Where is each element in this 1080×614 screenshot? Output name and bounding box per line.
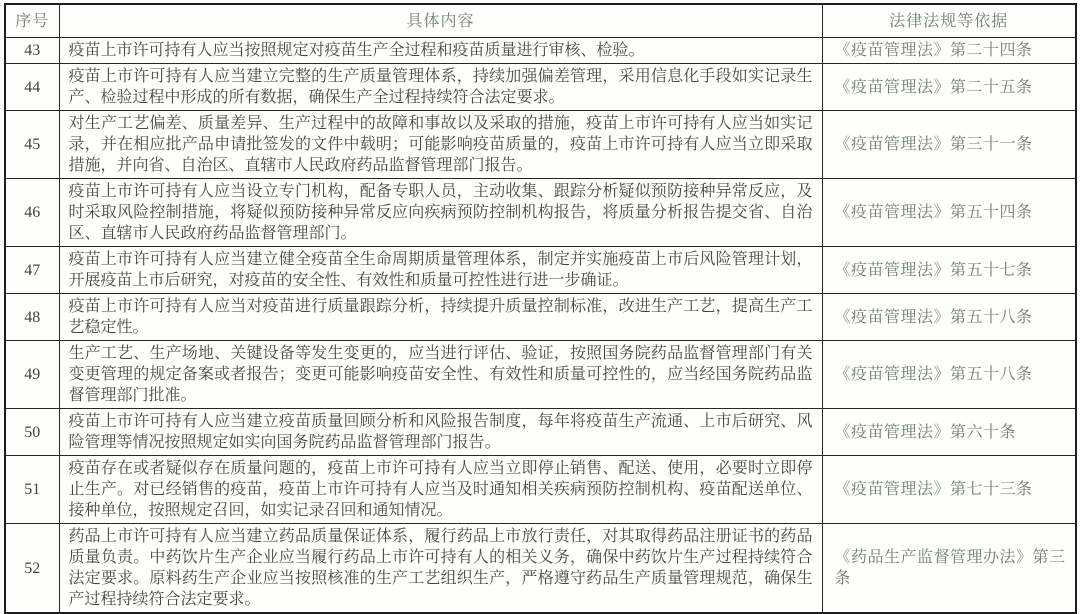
table-row: 46 疫苗上市许可持有人应当设立专门机构，配备专职人员，主动收集、跟踪分析疑似预…	[5, 179, 1076, 247]
legal-basis-cell: 《疫苗管理法》第五十八条	[822, 294, 1076, 341]
row-number-cell: 43	[5, 38, 59, 64]
content-cell: 疫苗上市许可持有人应当建立疫苗质量回顾分析和风险报告制度，每年将疫苗生产流通、上…	[59, 409, 822, 456]
legal-basis-cell: 《疫苗管理法》第六十条	[822, 409, 1076, 456]
table-row: 43 疫苗上市许可持有人应当按照规定对疫苗生产全过程和疫苗质量进行审核、检验。 …	[5, 38, 1076, 64]
content-cell: 对生产工艺偏差、质量差异、生产过程中的故障和事故以及采取的措施，疫苗上市许可持有…	[59, 111, 822, 179]
table-row: 51 疫苗存在或者疑似存在质量问题的，疫苗上市许可持有人应当立即停止销售、配送、…	[5, 456, 1076, 524]
content-cell: 疫苗上市许可持有人应当设立专门机构，配备专职人员，主动收集、跟踪分析疑似预防接种…	[59, 179, 822, 247]
table-row: 49 生产工艺、生产场地、关键设备等发生变更的，应当进行评估、验证，按照国务院药…	[5, 341, 1076, 409]
row-number-cell: 51	[5, 456, 59, 524]
column-header-number: 序号	[5, 4, 59, 38]
column-header-content: 具体内容	[59, 4, 822, 38]
legal-basis-cell: 《疫苗管理法》第七十三条	[822, 456, 1076, 524]
legal-basis-cell: 《疫苗管理法》第五十七条	[822, 247, 1076, 294]
table-row: 48 疫苗上市许可持有人应当对疫苗进行质量跟踪分析，持续提升质量控制标准，改进生…	[5, 294, 1076, 341]
legal-basis-cell: 《疫苗管理法》第三十一条	[822, 111, 1076, 179]
row-number-cell: 44	[5, 64, 59, 111]
legal-basis-cell: 《药品生产监督管理办法》第三条	[822, 524, 1076, 574]
legal-basis-cell: 《疫苗管理法》第二十四条	[822, 38, 1076, 64]
content-cell: 疫苗上市许可持有人应当对疫苗进行质量跟踪分析，持续提升质量控制标准，改进生产工艺…	[59, 294, 822, 341]
row-number-cell: 49	[5, 341, 59, 409]
table-body: 43 疫苗上市许可持有人应当按照规定对疫苗生产全过程和疫苗质量进行审核、检验。 …	[5, 38, 1076, 574]
content-cell: 疫苗存在或者疑似存在质量问题的，疫苗上市许可持有人应当立即停止销售、配送、使用，…	[59, 456, 822, 524]
row-number-cell: 52	[5, 524, 59, 574]
row-number-cell: 46	[5, 179, 59, 247]
table-row: 44 疫苗上市许可持有人应当建立完整的生产质量管理体系，持续加强偏差管理，采用信…	[5, 64, 1076, 111]
table-row: 47 疫苗上市许可持有人应当建立健全疫苗全生命周期质量管理体系，制定并实施疫苗上…	[5, 247, 1076, 294]
regulations-table: 序号 具体内容 法律法规等依据 43 疫苗上市许可持有人应当按照规定对疫苗生产全…	[4, 3, 1077, 573]
table-row: 50 疫苗上市许可持有人应当建立疫苗质量回顾分析和风险报告制度，每年将疫苗生产流…	[5, 409, 1076, 456]
row-number-cell: 48	[5, 294, 59, 341]
row-number-cell: 45	[5, 111, 59, 179]
table-row: 52 药品上市许可持有人应当建立药品质量保证体系，履行药品上市放行责任，对其取得…	[5, 524, 1076, 574]
table-row: 45 对生产工艺偏差、质量差异、生产过程中的故障和事故以及采取的措施，疫苗上市许…	[5, 111, 1076, 179]
scanned-document-page: 序号 具体内容 法律法规等依据 43 疫苗上市许可持有人应当按照规定对疫苗生产全…	[0, 0, 1080, 573]
table-header-row: 序号 具体内容 法律法规等依据	[5, 4, 1076, 38]
legal-basis-cell: 《疫苗管理法》第五十八条	[822, 341, 1076, 409]
row-number-cell: 50	[5, 409, 59, 456]
legal-basis-cell: 《疫苗管理法》第二十五条	[822, 64, 1076, 111]
content-cell: 药品上市许可持有人应当建立药品质量保证体系，履行药品上市放行责任，对其取得药品注…	[59, 524, 822, 574]
legal-basis-cell: 《疫苗管理法》第五十四条	[822, 179, 1076, 247]
content-cell: 疫苗上市许可持有人应当建立健全疫苗全生命周期质量管理体系，制定并实施疫苗上市后风…	[59, 247, 822, 294]
row-number-cell: 47	[5, 247, 59, 294]
content-cell: 疫苗上市许可持有人应当按照规定对疫苗生产全过程和疫苗质量进行审核、检验。	[59, 38, 822, 64]
content-cell: 疫苗上市许可持有人应当建立完整的生产质量管理体系，持续加强偏差管理，采用信息化手…	[59, 64, 822, 111]
column-header-legal-basis: 法律法规等依据	[822, 4, 1076, 38]
content-cell: 生产工艺、生产场地、关键设备等发生变更的，应当进行评估、验证，按照国务院药品监督…	[59, 341, 822, 409]
